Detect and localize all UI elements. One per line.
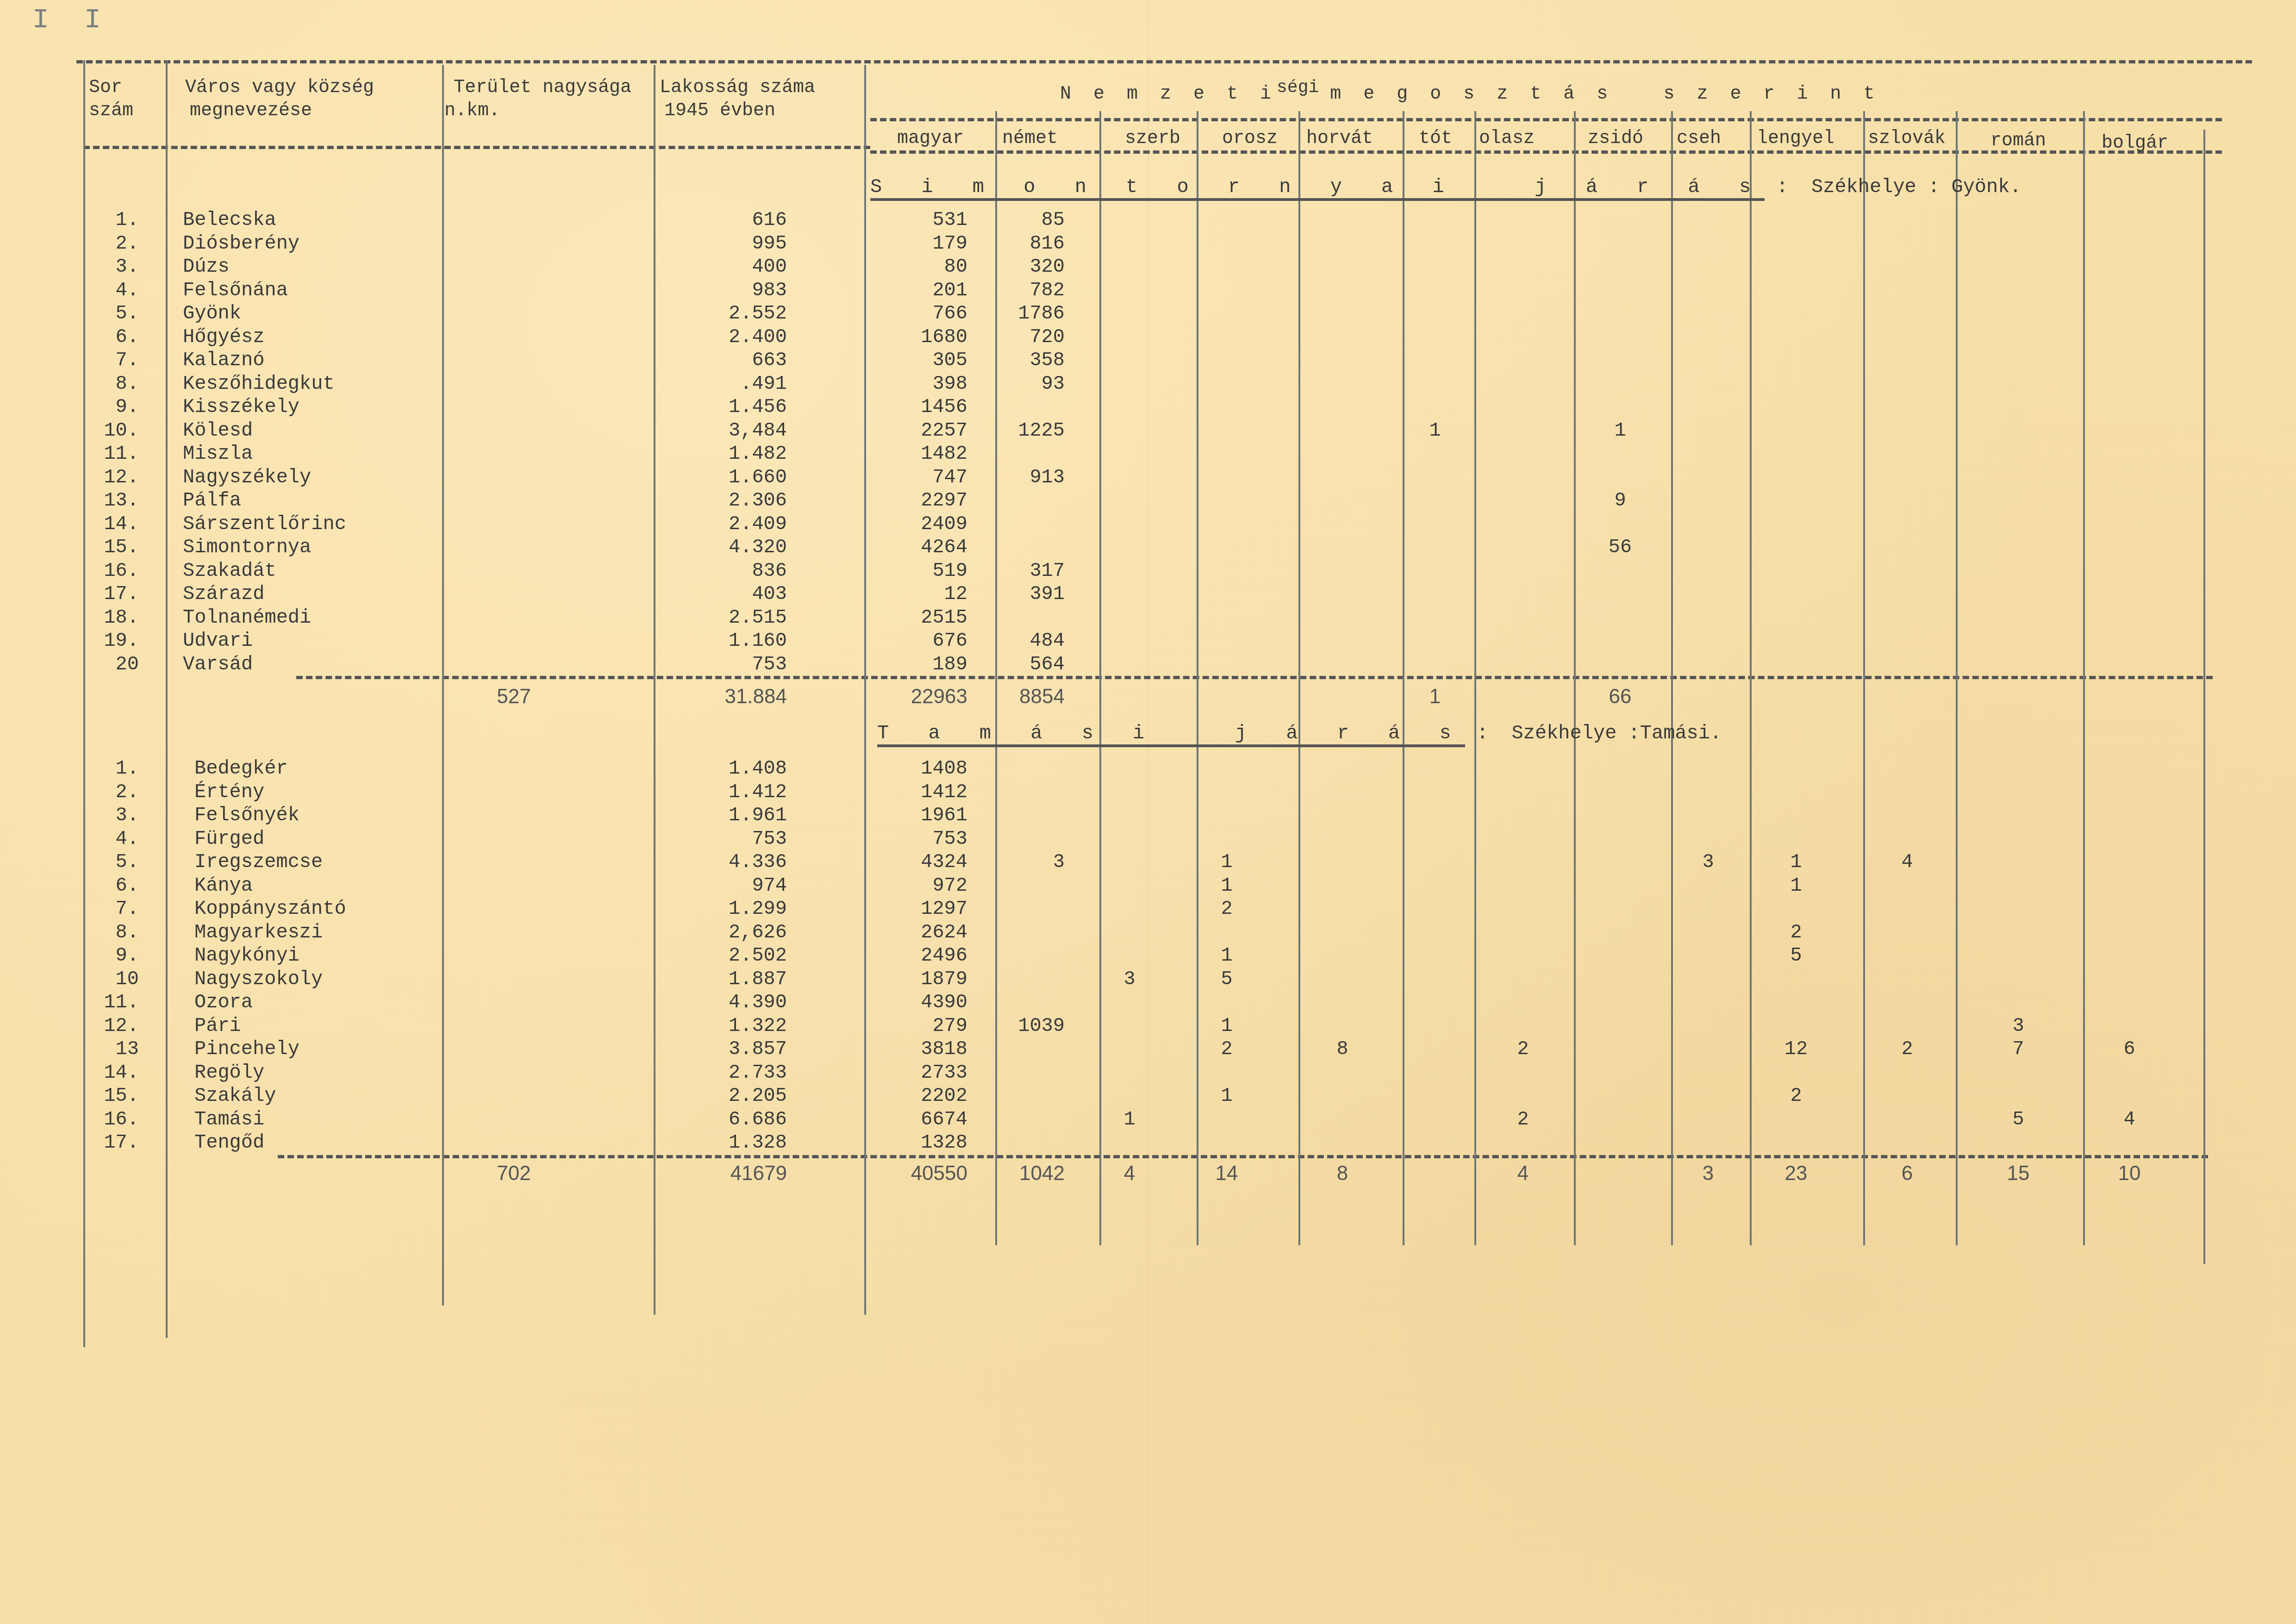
cell-orosz: 1 (1199, 850, 1254, 874)
cell-sor: 13 (83, 1037, 139, 1061)
cell-magyar: 1680 (870, 325, 967, 349)
cell-name: Hőgyész (183, 325, 264, 349)
cell-sor: 9. (83, 395, 139, 418)
cell-sor: 3. (83, 804, 139, 827)
cell-magyar: 3818 (870, 1037, 967, 1061)
cell-tot: 1 (1403, 419, 1467, 442)
cell-bolgar: 4 (2083, 1108, 2176, 1131)
cell-nemet: 391 (986, 582, 1065, 606)
total-orosz: 14 (1199, 1162, 1254, 1185)
cell-magyar: 2409 (870, 512, 967, 536)
table-row: 2.Értény1.4121412 (0, 781, 2296, 804)
table-row: 16.Tamási6.68666741254 (0, 1108, 2296, 1131)
cell-name: Tengőd (194, 1131, 264, 1154)
col-header-olasz: olasz (1479, 127, 1535, 150)
table-row: 8.Magyarkeszi2,62626242 (0, 921, 2296, 944)
cell-sor: 3. (83, 255, 139, 278)
cell-name: Regöly (194, 1061, 264, 1084)
cell-name: Ozora (194, 991, 253, 1014)
cell-sor: 1. (83, 208, 139, 231)
cell-lakos: 2.306 (653, 489, 787, 512)
cell-sor: 2. (83, 781, 139, 804)
cell-lengyel: 5 (1750, 944, 1842, 967)
section2-total-rule (278, 1155, 2208, 1158)
total-cseh: 3 (1671, 1162, 1745, 1185)
cell-name: Szárazd (183, 582, 264, 606)
table-row: 6.Kánya97497211 (0, 874, 2296, 897)
cell-orosz: 2 (1199, 1037, 1254, 1061)
cell-name: Gyönk (183, 302, 241, 325)
cell-szerb: 3 (1088, 968, 1171, 991)
cell-name: Dúzs (183, 255, 230, 278)
total-nemet: 1042 (986, 1162, 1065, 1185)
cell-name: Szakály (194, 1084, 276, 1107)
total-roman: 15 (1963, 1162, 2074, 1185)
cell-lakos: 403 (653, 582, 787, 606)
cell-sor: 5. (83, 850, 139, 874)
table-row: 4.Fürged753753 (0, 827, 2296, 850)
cell-magyar: 189 (870, 653, 967, 676)
cell-sor: 18. (83, 606, 139, 629)
cell-nemet: 1225 (986, 419, 1065, 442)
nationality-subheader-rule (870, 118, 2222, 121)
total-olasz: 4 (1472, 1162, 1574, 1185)
cell-magyar: 305 (870, 349, 967, 372)
cell-orosz: 1 (1199, 944, 1254, 967)
col-header-szerb: szerb (1125, 127, 1180, 150)
cell-lengyel: 2 (1750, 1084, 1842, 1107)
cell-sor: 11. (83, 991, 139, 1014)
total-bolgar: 10 (2083, 1162, 2176, 1185)
cell-magyar: 972 (870, 874, 967, 897)
cell-sor: 19. (83, 629, 139, 652)
cell-sor: 20 (83, 653, 139, 676)
cell-magyar: 766 (870, 302, 967, 325)
table-row: 13Pincehely3.857381828212276 (0, 1037, 2296, 1061)
table-row: 1.Bedegkér1.4081408 (0, 757, 2296, 780)
cell-olasz: 2 (1472, 1037, 1574, 1061)
cell-name: Szakadát (183, 559, 276, 582)
cell-name: Pári (194, 1014, 241, 1037)
table-row: 4.Felsőnána983201782 (0, 279, 2296, 302)
cell-nemet: 564 (986, 653, 1065, 676)
cell-orosz: 5 (1199, 968, 1254, 991)
cell-magyar: 519 (870, 559, 967, 582)
cell-name: Kisszékely (183, 395, 299, 418)
section-title-simontornyai: S i m o n t o r n y a i j á r á s : Szék… (870, 176, 2021, 201)
table-row: 7.Koppányszántó1.29912972 (0, 897, 2296, 920)
cell-sor: 10. (83, 419, 139, 442)
cell-orosz: 2 (1199, 897, 1254, 920)
col-header-horvat: horvát (1306, 127, 1373, 150)
cell-magyar: 1408 (870, 757, 967, 780)
total-magyar: 22963 (870, 685, 967, 708)
cell-name: Koppányszántó (194, 897, 346, 920)
cell-roman: 5 (1963, 1108, 2074, 1131)
table-row: 14.Regöly2.7332733 (0, 1061, 2296, 1084)
table-row: 20Varsád753189564 (0, 653, 2296, 676)
total-magyar: 40550 (870, 1162, 967, 1185)
cell-name: Pincehely (194, 1037, 299, 1061)
col-header-lengyel: lengyel (1757, 127, 1834, 150)
cell-lakos: 1.482 (653, 442, 787, 465)
cell-orosz: 1 (1199, 1014, 1254, 1037)
cell-bolgar: 6 (2083, 1037, 2176, 1061)
cell-magyar: 2624 (870, 921, 967, 944)
cell-sor: 15. (83, 1084, 139, 1107)
cell-name: Pálfa (183, 489, 241, 512)
cell-sor: 14. (83, 1061, 139, 1084)
table-row: 17.Tengőd1.3281328 (0, 1131, 2296, 1154)
cell-nemet: 358 (986, 349, 1065, 372)
header-lakos: Lakosság száma 1945 évben (660, 76, 815, 123)
cell-sor: 7. (83, 349, 139, 372)
cell-lengyel: 12 (1750, 1037, 1842, 1061)
table-row: 17.Szárazd40312391 (0, 582, 2296, 606)
document-page: I I Sor szám Város vagy község megnevezé… (0, 0, 2296, 1624)
cell-name: Varsád (183, 653, 253, 676)
table-row: 3.Felsőnyék1.9611961 (0, 804, 2296, 827)
cell-sor: 14. (83, 512, 139, 536)
cell-orosz: 1 (1199, 1084, 1254, 1107)
cell-name: Értény (194, 781, 264, 804)
cell-magyar: 80 (870, 255, 967, 278)
cell-magyar: 6674 (870, 1108, 967, 1131)
cell-lakos: 2.733 (653, 1061, 787, 1084)
total-horvat: 8 (1296, 1162, 1389, 1185)
cell-name: Felsőnyék (194, 804, 299, 827)
cell-orosz: 1 (1199, 874, 1254, 897)
cell-sor: 4. (83, 827, 139, 850)
table-row: 2.Diósberény995179816 (0, 232, 2296, 255)
total-lakos: 41679 (653, 1162, 787, 1185)
cell-lakos: 995 (653, 232, 787, 255)
cell-lakos: 1.322 (653, 1014, 787, 1037)
total-tot: 1 (1403, 685, 1467, 708)
cell-lengyel: 1 (1750, 874, 1842, 897)
cell-magyar: 2297 (870, 489, 967, 512)
col-header-magyar: magyar (870, 127, 991, 150)
cell-sor: 1. (83, 757, 139, 780)
cell-magyar: 1879 (870, 968, 967, 991)
cell-lengyel: 2 (1750, 921, 1842, 944)
cell-magyar: 2496 (870, 944, 967, 967)
total-terulet: 527 (444, 685, 583, 708)
table-row: 12.Nagyszékely1.660747913 (0, 466, 2296, 489)
header-name: Város vagy község megnevezése (185, 76, 374, 123)
cell-nemet: 320 (986, 255, 1065, 278)
cell-nemet: 317 (986, 559, 1065, 582)
table-row: 15.Szakály2.205220212 (0, 1084, 2296, 1107)
cell-name: Iregszemcse (194, 850, 323, 874)
cell-nemet: 1786 (986, 302, 1065, 325)
table-row: 11.Ozora4.3904390 (0, 991, 2296, 1014)
cell-name: Tolnanémedi (183, 606, 311, 629)
cell-sor: 2. (83, 232, 139, 255)
cell-magyar: 4324 (870, 850, 967, 874)
table-row: 7.Kalaznó663305358 (0, 349, 2296, 372)
cell-zsido: 1 (1574, 419, 1666, 442)
cell-sor: 10 (83, 968, 139, 991)
table-row: 5.Gyönk2.5527661786 (0, 302, 2296, 325)
total-nemet: 8854 (986, 685, 1065, 708)
cell-sor: 16. (83, 1108, 139, 1131)
cell-magyar: 1412 (870, 781, 967, 804)
cell-sor: 15. (83, 536, 139, 559)
cell-cseh: 3 (1671, 850, 1745, 874)
cell-nemet: 913 (986, 466, 1065, 489)
cell-lakos: 3.857 (653, 1037, 787, 1061)
top-rule (76, 60, 2252, 63)
col-header-bolgar: bolgár (2102, 132, 2168, 155)
table-row: 9.Nagykónyi2.502249615 (0, 944, 2296, 967)
cell-sor: 13. (83, 489, 139, 512)
cell-lakos: 2.552 (653, 302, 787, 325)
cell-nemet: 816 (986, 232, 1065, 255)
cell-szerb: 1 (1088, 1108, 1171, 1131)
cell-sor: 8. (83, 921, 139, 944)
cell-sor: 6. (83, 325, 139, 349)
cell-magyar: 2515 (870, 606, 967, 629)
cell-name: Nagyszékely (183, 466, 311, 489)
cell-name: Simontornya (183, 536, 311, 559)
header-nationality-title: N e m z e t iségi m e g o s z t á s s z … (1060, 76, 1880, 106)
cell-sor: 4. (83, 279, 139, 302)
section-title-tamasi: T a m á s i j á r á s : Székhelye :Tamás… (877, 722, 1722, 747)
cell-nemet: 720 (986, 325, 1065, 349)
table-row: 19.Udvari1.160676484 (0, 629, 2296, 652)
cell-lakos: 1.456 (653, 395, 787, 418)
table-row: 18.Tolnanémedi2.5152515 (0, 606, 2296, 629)
cell-name: Keszőhidegkut (183, 372, 335, 395)
cell-roman: 3 (1963, 1014, 2074, 1037)
cell-magyar: 2257 (870, 419, 967, 442)
cell-magyar: 2202 (870, 1084, 967, 1107)
table-row: 8.Keszőhidegkut.49139893 (0, 372, 2296, 395)
cell-olasz: 2 (1472, 1108, 1574, 1131)
col-header-zsido: zsidó (1588, 127, 1643, 150)
cell-name: Sárszentlőrinc (183, 512, 346, 536)
cell-lakos: 2.502 (653, 944, 787, 967)
cell-lakos: 2,626 (653, 921, 787, 944)
cell-sor: 6. (83, 874, 139, 897)
cell-magyar: 398 (870, 372, 967, 395)
cell-magyar: 676 (870, 629, 967, 652)
cell-lakos: 2.515 (653, 606, 787, 629)
cell-lakos: 753 (653, 653, 787, 676)
cell-magyar: 531 (870, 208, 967, 231)
cell-lakos: 1.660 (653, 466, 787, 489)
cell-zsido: 56 (1574, 536, 1666, 559)
cell-magyar: 1961 (870, 804, 967, 827)
cell-lakos: 6.686 (653, 1108, 787, 1131)
cell-magyar: 179 (870, 232, 967, 255)
cell-name: Miszla (183, 442, 253, 465)
cell-lakos: .491 (653, 372, 787, 395)
cell-zsido: 9 (1574, 489, 1666, 512)
cell-lakos: 1.961 (653, 804, 787, 827)
cell-magyar: 1482 (870, 442, 967, 465)
cell-lakos: 753 (653, 827, 787, 850)
cell-magyar: 2733 (870, 1061, 967, 1084)
cell-magyar: 201 (870, 279, 967, 302)
cell-lakos: 2.400 (653, 325, 787, 349)
cell-name: Udvari (183, 629, 253, 652)
total-row: 52731.884229638854166 (0, 685, 2296, 708)
cell-sor: 11. (83, 442, 139, 465)
cell-name: Bedegkér (194, 757, 288, 780)
cell-sor: 12. (83, 466, 139, 489)
section1-total-rule (296, 676, 2213, 679)
cell-lakos: 616 (653, 208, 787, 231)
cell-name: Diósberény (183, 232, 299, 255)
cell-nemet: 3 (986, 850, 1065, 874)
total-zsido: 66 (1574, 685, 1666, 708)
table-row: 6.Hőgyész2.4001680720 (0, 325, 2296, 349)
table-row: 11.Miszla1.4821482 (0, 442, 2296, 465)
cell-name: Nagykónyi (194, 944, 299, 967)
cell-sor: 8. (83, 372, 139, 395)
cell-lakos: 1.160 (653, 629, 787, 652)
total-terulet: 702 (444, 1162, 583, 1185)
cell-sor: 12. (83, 1014, 139, 1037)
cell-lakos: 1.412 (653, 781, 787, 804)
cell-nemet: 93 (986, 372, 1065, 395)
cell-magyar: 4264 (870, 536, 967, 559)
cell-sor: 9. (83, 944, 139, 967)
table-row: 9.Kisszékely1.4561456 (0, 395, 2296, 418)
table-row: 5.Iregszemcse4.336432431314 (0, 850, 2296, 874)
table-row: 10.Kölesd3,4842257122511 (0, 419, 2296, 442)
table-row: 3.Dúzs40080320 (0, 255, 2296, 278)
cell-sor: 16. (83, 559, 139, 582)
cell-nemet: 782 (986, 279, 1065, 302)
header-sor: Sor szám (89, 76, 133, 123)
cell-name: Fürged (194, 827, 264, 850)
col-header-tot: tót (1419, 127, 1452, 150)
cell-lakos: 3,484 (653, 419, 787, 442)
col-header-cseh: cseh (1677, 127, 1721, 150)
corner-mark: I I (32, 5, 110, 36)
table-row: 16.Szakadát836519317 (0, 559, 2296, 582)
cell-magyar: 12 (870, 582, 967, 606)
col-header-nemet: német (1002, 127, 1058, 150)
total-szlovak: 6 (1852, 1162, 1963, 1185)
cell-sor: 17. (83, 1131, 139, 1154)
cell-magyar: 747 (870, 466, 967, 489)
cell-name: Felsőnána (183, 279, 288, 302)
cell-name: Tamási (194, 1108, 264, 1131)
cell-lakos: 1.299 (653, 897, 787, 920)
cell-lengyel: 1 (1750, 850, 1842, 874)
table-row: 12.Pári1.322279103913 (0, 1014, 2296, 1037)
cell-name: Kalaznó (183, 349, 264, 372)
cell-lakos: 4.320 (653, 536, 787, 559)
cell-horvat: 8 (1296, 1037, 1389, 1061)
table-row: 14.Sárszentlőrinc2.4092409 (0, 512, 2296, 536)
cell-sor: 17. (83, 582, 139, 606)
table-row: 13.Pálfa2.30622979 (0, 489, 2296, 512)
cell-lakos: 2.409 (653, 512, 787, 536)
table-row: 15.Simontornya4.320426456 (0, 536, 2296, 559)
cell-magyar: 4390 (870, 991, 967, 1014)
col-header-szlovak: szlovák (1868, 127, 1946, 150)
total-szerb: 4 (1088, 1162, 1171, 1185)
cell-name: Kölesd (183, 419, 253, 442)
cell-lakos: 1.887 (653, 968, 787, 991)
total-lakos: 31.884 (653, 685, 787, 708)
cell-name: Magyarkeszi (194, 921, 323, 944)
col-header-roman: román (1990, 130, 2046, 153)
cell-name: Kánya (194, 874, 253, 897)
cell-szlovak: 2 (1852, 1037, 1963, 1061)
table-row: 1.Belecska61653185 (0, 208, 2296, 231)
cell-lakos: 836 (653, 559, 787, 582)
table-row: 10Nagyszokoly1.887187935 (0, 968, 2296, 991)
cell-lakos: 4.336 (653, 850, 787, 874)
cell-name: Nagyszokoly (194, 968, 323, 991)
cell-magyar: 753 (870, 827, 967, 850)
cell-lakos: 663 (653, 349, 787, 372)
cell-sor: 7. (83, 897, 139, 920)
cell-roman: 7 (1963, 1037, 2074, 1061)
cell-lakos: 1.328 (653, 1131, 787, 1154)
cell-sor: 5. (83, 302, 139, 325)
header-terulet: Terület nagysága n.km. (454, 76, 631, 123)
cell-magyar: 1297 (870, 897, 967, 920)
cell-magyar: 1328 (870, 1131, 967, 1154)
cell-magyar: 279 (870, 1014, 967, 1037)
cell-szlovak: 4 (1852, 850, 1963, 874)
col-header-orosz: orosz (1222, 127, 1278, 150)
cell-magyar: 1456 (870, 395, 967, 418)
cell-lakos: 400 (653, 255, 787, 278)
cell-lakos: 974 (653, 874, 787, 897)
cell-name: Belecska (183, 208, 276, 231)
cell-nemet: 85 (986, 208, 1065, 231)
header-bottom-rule-left (83, 146, 870, 149)
cell-lakos: 4.390 (653, 991, 787, 1014)
cell-lakos: 983 (653, 279, 787, 302)
cell-nemet: 484 (986, 629, 1065, 652)
cell-lakos: 2.205 (653, 1084, 787, 1107)
cell-nemet: 1039 (986, 1014, 1065, 1037)
total-lengyel: 23 (1750, 1162, 1842, 1185)
total-row: 702416794055010424148432361510 (0, 1162, 2296, 1185)
cell-lakos: 1.408 (653, 757, 787, 780)
